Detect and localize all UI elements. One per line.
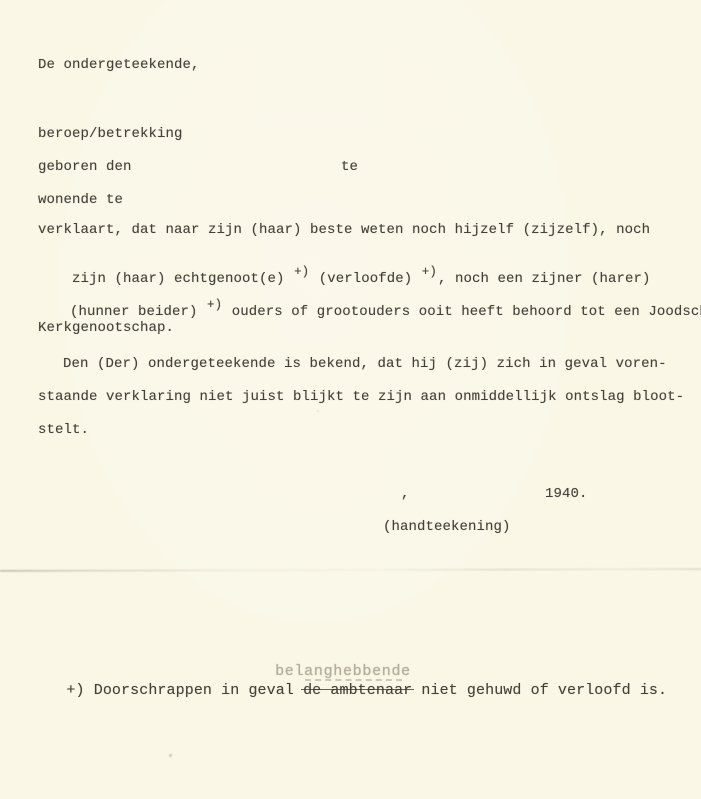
declaration-line-2-text: , noch een zijner (harer) <box>438 271 651 287</box>
acknowledgement-line-1: Den (Der) ondergeteekende is bekend, dat… <box>63 356 667 373</box>
profession-field-label: beroep/betrekking <box>38 126 183 143</box>
date-year: 1940. <box>545 486 588 503</box>
footnote-line: +) Doorschrappen in geval de ambtenaarbe… <box>30 665 667 716</box>
declaration-line-2-text: zijn (haar) echtgenoot(e) <box>72 271 293 287</box>
paper-speck <box>169 754 172 757</box>
overtyped-correction-word: belanghebbende <box>275 663 411 680</box>
salutation-line: De ondergeteekende, <box>38 57 200 74</box>
declaration-line-1: verklaart, dat naar zijn (haar) beste we… <box>38 222 650 239</box>
signature-caption: (handteekening) <box>383 519 511 536</box>
declaration-line-2-text: (verloofde) <box>310 271 421 287</box>
acknowledgement-line-3: stelt. <box>38 422 89 439</box>
footnote-reference-mark: +) <box>207 297 222 314</box>
paper-speck <box>317 410 319 412</box>
footnote-reference-mark: +) <box>294 264 309 281</box>
acknowledgement-line-2: staande verklaring niet juist blijkt te … <box>38 389 684 406</box>
scanned-declaration-document: De ondergeteekende, beroep/betrekking ge… <box>0 0 701 799</box>
struck-out-text: de ambtenaarbelanghebbende <box>303 682 412 699</box>
footnote-marker: +) <box>66 682 93 699</box>
declaration-line-3-text: ouders of grootouders ooit heeft behoord… <box>223 304 701 320</box>
place-separator-comma: , <box>401 486 410 503</box>
birthdate-field-label: geboren den <box>38 159 132 176</box>
birthplace-field-label: te <box>341 159 358 176</box>
paper-fold-crease <box>0 568 701 572</box>
footnote-text: niet gehuwd of verloofd is. <box>412 682 667 699</box>
struck-out-words: de ambtenaar <box>303 682 412 699</box>
footnote-text: Doorschrappen in geval <box>94 682 303 699</box>
declaration-line-3-text: (hunner beider) <box>70 304 206 320</box>
footnote-reference-mark: +) <box>422 264 437 281</box>
declaration-line-4: Kerkgenootschap. <box>38 320 174 337</box>
residence-field-label: wonende te <box>38 192 123 209</box>
